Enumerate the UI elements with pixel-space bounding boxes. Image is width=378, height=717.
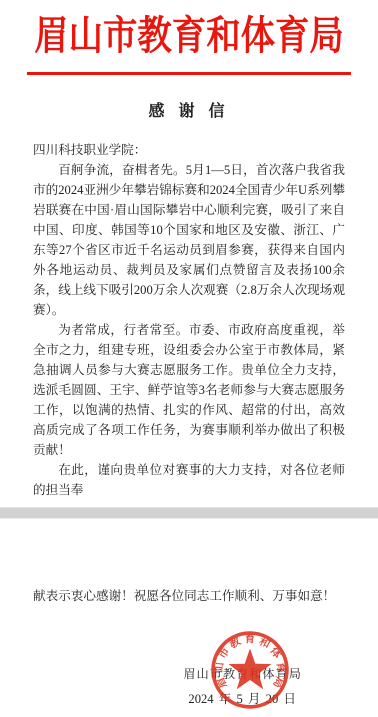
paragraph-3: 在此，谨向贵单位对赛事的大力支持，对各位老师的担当奉: [33, 460, 345, 500]
document-viewer: 眉山市教育和体育局 感 谢 信 四川科技职业学院： 百舸争流，奋楫者先。5月1—…: [0, 0, 378, 717]
letter-title: 感 谢 信: [0, 98, 378, 121]
salutation: 四川科技职业学院：: [33, 140, 345, 160]
paragraph-2: 为者常成，行者常至。市委、市政府高度重视，举全市之力，组建专班，设组委会办公室于…: [33, 320, 345, 460]
continuation-line: 献表示衷心感谢！祝愿各位同志工作顺利、万事如意！: [33, 586, 345, 606]
paragraph-1: 百舸争流，奋楫者先。5月1—5日，首次落户我省我市的2024亚洲少年攀岩锦标赛和…: [33, 160, 345, 320]
page-break-separator: [0, 507, 378, 519]
official-seal: 眉山市教育和体育局: [209, 629, 291, 711]
letter-page-1: 眉山市教育和体育局 感 谢 信 四川科技职业学院： 百舸争流，奋楫者先。5月1—…: [0, 0, 378, 508]
letterhead-red-rule: [27, 72, 351, 75]
letterhead-agency-name: 眉山市教育和体育局: [26, 10, 351, 62]
letter-body: 四川科技职业学院： 百舸争流，奋楫者先。5月1—5日，首次落户我省我市的2024…: [33, 140, 345, 500]
star-icon: [229, 648, 272, 689]
